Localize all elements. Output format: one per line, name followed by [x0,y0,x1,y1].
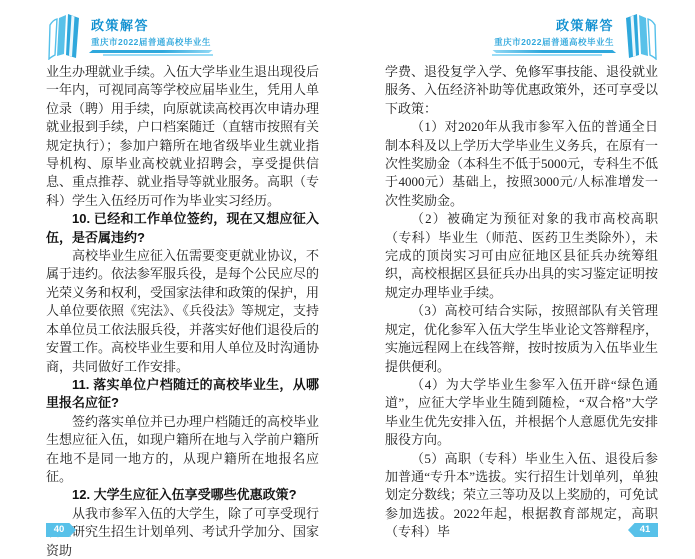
booklet-logo-icon [46,12,84,60]
paragraph: （4）为大学毕业生参军入伍开辟“绿色通道”，应征大学毕业生随到随检，“双合格”大… [385,376,658,450]
paragraph: 签约落实单位并已办理户档随迁的高校毕业生想应征入伍，如现户籍所在地与入学前户籍所… [46,413,319,487]
paragraph: 从我市参军入伍的大学生，除了可享受现行硕士研究生招生计划单列、考试升学加分、国家… [46,505,319,559]
page-body: 学费、退役复学入学、免修军事技能、退役就业服务、入伍经济补助等优惠政策外，还可享… [385,63,658,542]
paragraph: （2）被确定为预征对象的我市高校高职（专科）毕业生（师范、医药卫生类除外），未完… [385,210,658,302]
header-title: 政策解答 [91,19,211,33]
page-header: 政策解答 重庆市2022届普通高校毕业生 [46,12,211,60]
page-left: 政策解答 重庆市2022届普通高校毕业生 业生办理就业手续。入伍大学毕业生退出现… [0,0,347,559]
header-subtitle: 重庆市2022届普通高校毕业生 [494,36,614,48]
question-heading: 12. 大学生应征入伍享受哪些优惠政策? [46,486,319,504]
header-title: 政策解答 [494,19,614,33]
booklet-spread: 政策解答 重庆市2022届普通高校毕业生 业生办理就业手续。入伍大学毕业生退出现… [0,0,695,559]
header-underline [494,50,614,57]
paragraph: （5）高职（专科）毕业生入伍、退役后参加普通“专升本”选拔。实行招生计划单列，单… [385,450,658,542]
paragraph: （1）对2020年从我市参军入伍的普通全日制本科及以上学历大学毕业生义务兵，在原… [385,118,658,210]
paragraph: 业生办理就业手续。入伍大学毕业生退出现役后一年内，可视同高等学校应届毕业生，凭用… [46,63,319,210]
paragraph: 高校毕业生应征入伍需要变更就业协议，不属于违约。依法参军服兵役，是每个公民应尽的… [46,247,319,376]
paragraph: （3）高校可结合实际，按照部队有关管理规定，优化参军入伍大学生毕业论文答辩程序，… [385,302,658,376]
booklet-logo-icon [621,12,659,60]
header-title-block: 政策解答 重庆市2022届普通高校毕业生 [91,12,211,57]
question-heading: 10. 已经和工作单位签约，现在又想应征入伍，是否属违约? [46,210,319,247]
page-header: 政策解答 重庆市2022届普通高校毕业生 [494,12,659,60]
header-underline [91,50,211,57]
page-body: 业生办理就业手续。入伍大学毕业生退出现役后一年内，可视同高等学校应届毕业生，凭用… [46,63,319,559]
header-subtitle: 重庆市2022届普通高校毕业生 [91,36,211,48]
header-title-block: 政策解答 重庆市2022届普通高校毕业生 [494,12,614,57]
paragraph: 学费、退役复学入学、免修军事技能、退役就业服务、入伍经济补助等优惠政策外，还可享… [385,63,658,118]
question-heading: 11. 落实单位户档随迁的高校毕业生，从哪里报名应征? [46,376,319,413]
page-right: 政策解答 重庆市2022届普通高校毕业生 学费、退役复学入学、免修军事技能、退役… [348,0,695,559]
